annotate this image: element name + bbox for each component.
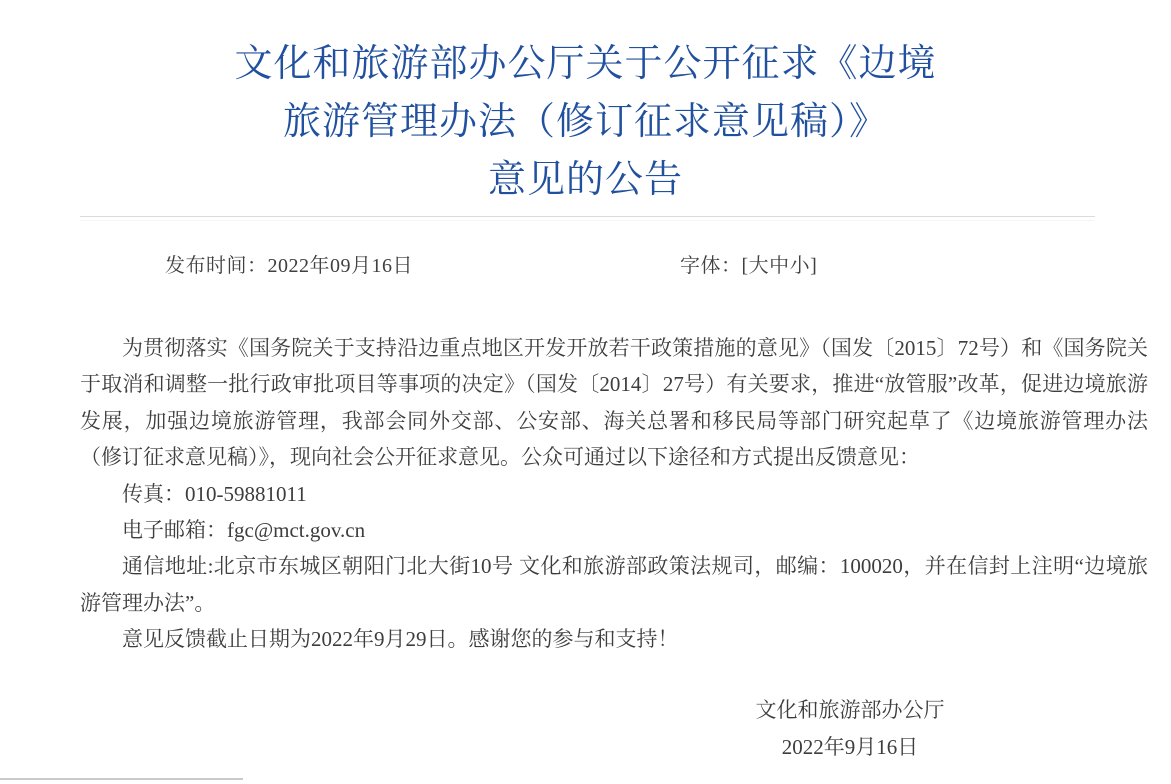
signature-block: 文化和旅游部办公厅 2022年9月16日 — [650, 692, 1050, 766]
body-paragraph-intro: 为贯彻落实《国务院关于支持沿边重点地区开发开放若干政策措施的意见》（国发〔201… — [80, 330, 1148, 476]
body-paragraph-deadline: 意见反馈截止日期为2022年9月29日。感谢您的参与和支持！ — [80, 621, 1148, 657]
font-size-small-link[interactable]: 小 — [790, 255, 811, 277]
font-size-large-link[interactable]: 大 — [749, 255, 770, 277]
page-title-line-2: 旅游管理办法（修订征求意见稿）》 — [0, 93, 1171, 151]
font-size-control: 字体：[大中小] — [680, 249, 817, 278]
page-title: 文化和旅游部办公厅关于公开征求《边境 旅游管理办法（修订征求意见稿）》 意见的公… — [0, 35, 1171, 209]
font-size-bracket-close: ] — [810, 255, 817, 277]
bottom-partial-rule — [0, 778, 243, 780]
publish-time-label: 发布时间： — [165, 255, 268, 277]
announcement-page: 文化和旅游部办公厅关于公开征求《边境 旅游管理办法（修订征求意见稿）》 意见的公… — [0, 0, 1171, 784]
announcement-body: 为贯彻落实《国务院关于支持沿边重点地区开发开放若干政策措施的意见》（国发〔201… — [80, 330, 1148, 658]
page-title-line-3: 意见的公告 — [0, 151, 1171, 209]
font-size-bracket-open: [ — [742, 255, 749, 277]
page-title-line-1: 文化和旅游部办公厅关于公开征求《边境 — [0, 35, 1171, 93]
title-divider — [80, 216, 1095, 217]
signature-date: 2022年9月16日 — [650, 729, 1050, 766]
publish-time-value: 2022年09月16日 — [268, 255, 414, 277]
body-paragraph-fax: 传真：010-59881011 — [80, 476, 1148, 512]
body-paragraph-mail-address: 通信地址:北京市东城区朝阳门北大街10号 文化和旅游部政策法规司，邮编：1000… — [80, 548, 1148, 621]
body-paragraph-email: 电子邮箱：fgc@mct.gov.cn — [80, 512, 1148, 548]
publish-time: 发布时间：2022年09月16日 — [165, 249, 413, 278]
signature-org: 文化和旅游部办公厅 — [650, 692, 1050, 729]
font-size-medium-link[interactable]: 中 — [769, 255, 790, 277]
font-size-label: 字体： — [680, 255, 742, 277]
